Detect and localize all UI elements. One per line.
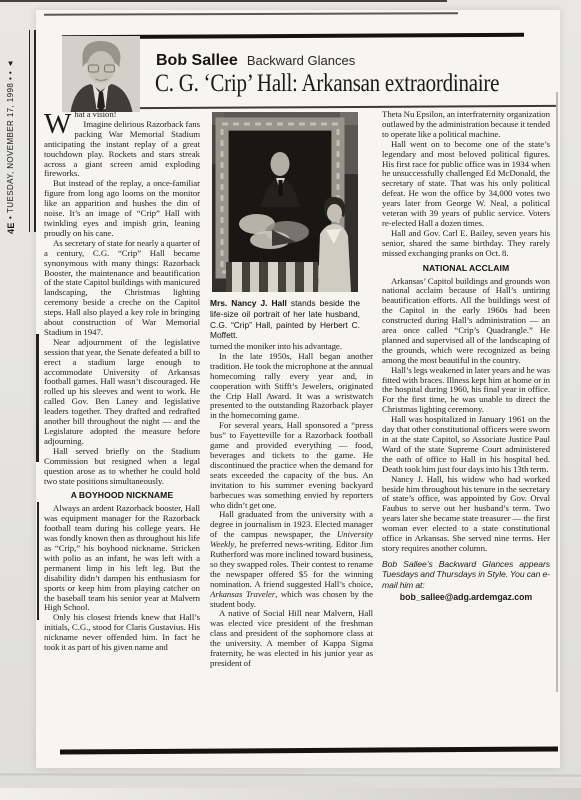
newspaper-clipping: Bob SalleeBackward Glances C. G. ‘Crip’ … bbox=[36, 10, 560, 768]
masthead-date: TUESDAY, NOVEMBER 17, 1998 bbox=[6, 83, 15, 213]
photo-caption: Mrs. Nancy J. Hall stands beside the lif… bbox=[210, 298, 360, 341]
paragraph-text: , he preferred news-writing. Editor Jim … bbox=[210, 539, 373, 589]
byline-author: Bob Sallee bbox=[156, 52, 238, 69]
author-portrait-graphic bbox=[62, 36, 140, 112]
lead-line: hat a vision! bbox=[74, 110, 116, 119]
article-paragraph: Hall served briefly on the Stadium Commi… bbox=[44, 447, 200, 487]
column-tagline: Bob Sallee’s Backward Glances appears Tu… bbox=[382, 559, 550, 591]
article-paragraph: Arkansas’ Capitol buildings and grounds … bbox=[382, 277, 550, 366]
column-title: Backward Glances bbox=[247, 53, 355, 68]
article-paragraph: For several years, Hall sponsored a “pre… bbox=[210, 421, 373, 510]
scan-top-edge-line bbox=[0, 0, 447, 2]
photo-caption-lead: Mrs. Nancy J. Hall bbox=[210, 298, 287, 308]
scanned-newspaper-page: Bob SalleeBackward Glances C. G. ‘Crip’ … bbox=[0, 0, 581, 800]
section-subhead-national-acclaim: NATIONAL ACCLAIM bbox=[382, 264, 550, 274]
masthead-trail-symbols: • • ▲ bbox=[6, 56, 15, 83]
article-column-2: turned the moniker into his advantage. I… bbox=[210, 342, 373, 760]
article-paragraph: But instead of the replay, a once-famili… bbox=[44, 179, 200, 238]
author-photo bbox=[62, 36, 140, 112]
portrait-photo bbox=[212, 112, 358, 292]
page-number: 4E bbox=[6, 222, 16, 234]
article-paragraph: Only his closest friends knew that Hall’… bbox=[44, 613, 200, 653]
masthead-double-rule bbox=[29, 30, 36, 232]
byline: Bob SalleeBackward Glances bbox=[156, 52, 355, 70]
scan-bottom-band bbox=[0, 788, 581, 800]
article-paragraph: Hall was hospitalized in January 1961 on… bbox=[382, 415, 550, 474]
headline-rule bbox=[140, 105, 556, 109]
article-paragraph: As secretary of state for nearly a quart… bbox=[44, 239, 200, 338]
article-paragraph: Hall went on to become one of the state’… bbox=[382, 140, 550, 229]
portrait-photo-graphic bbox=[212, 112, 358, 292]
italic-title: Arkansas Traveler bbox=[210, 589, 275, 599]
masthead-date-strip: 4E•TUESDAY, NOVEMBER 17, 1998• • ▲ bbox=[6, 28, 24, 234]
section-subhead-boyhood-nickname: A BOYHOOD NICKNAME bbox=[44, 491, 200, 501]
clipping-left-edge-mark bbox=[37, 502, 40, 620]
article-paragraph: Hall graduated from the university with … bbox=[210, 510, 373, 609]
article-column-1: What a vision! Imagine delirious Razorba… bbox=[44, 110, 200, 760]
article-column-3: Theta Nu Epsilon, an interfraternity org… bbox=[382, 110, 550, 762]
scan-crease-line bbox=[0, 773, 581, 776]
article-paragraph: Hall’s legs weakened in later years and … bbox=[382, 366, 550, 416]
article-paragraph: Hall and Gov. Carl E. Bailey, seven year… bbox=[382, 229, 550, 259]
email-address: bob_sallee@adg.ardemgaz.com bbox=[382, 593, 550, 603]
drop-cap: W bbox=[44, 111, 71, 137]
article-paragraph: A native of Social Hill near Malvern, Ha… bbox=[210, 609, 373, 668]
article-paragraph: Near adjournment of the legislative sess… bbox=[44, 338, 200, 447]
article-paragraph: Nancy J. Hall, his widow who had worked … bbox=[382, 475, 550, 554]
masthead-separator-dot: • bbox=[6, 213, 15, 222]
article-paragraph: Always an ardent Razorback booster, Hall… bbox=[44, 504, 200, 613]
article-paragraph: In the late 1950s, Hall began another tr… bbox=[210, 352, 373, 421]
clipping-left-edge-mark bbox=[36, 334, 39, 462]
headline: C. G. ‘Crip’ Hall: Arkansan extraordinai… bbox=[155, 70, 516, 98]
scan-right-edge-line bbox=[556, 92, 558, 692]
article-paragraph: Theta Nu Epsilon, an interfraternity org… bbox=[382, 110, 550, 140]
